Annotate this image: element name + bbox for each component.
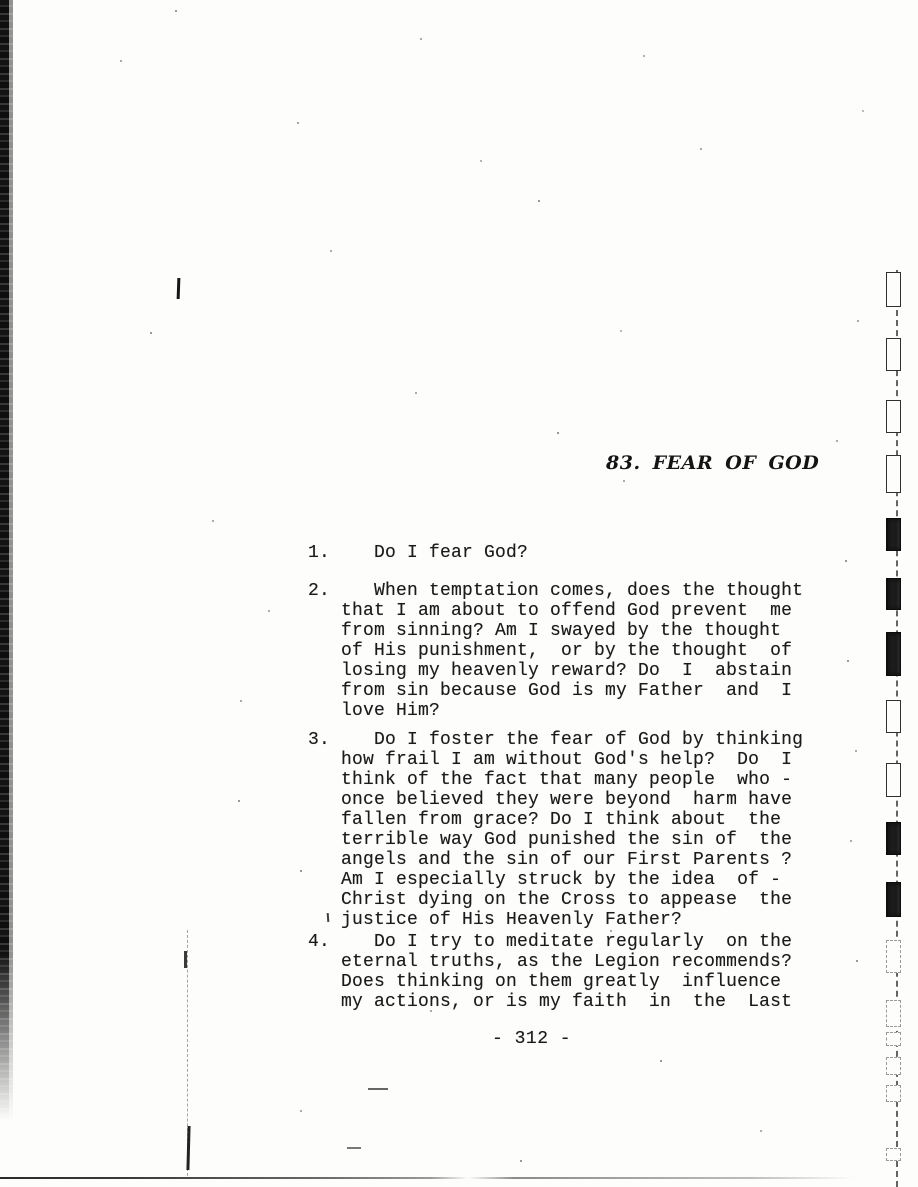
chapter-title: 83. FEAR OF GOD — [606, 452, 819, 474]
page-tab-mark — [886, 1000, 901, 1027]
scanned-book-page: 83. FEAR OF GOD 1. Do I fear God? 2. Whe… — [0, 0, 918, 1187]
ink-mark — [177, 278, 181, 299]
page-tab-mark — [886, 1057, 901, 1075]
binding-edge-shadow — [0, 0, 13, 1132]
page-tab-mark — [886, 940, 901, 973]
question-item-4: 4. Do I try to meditate regularly on the… — [308, 932, 792, 1012]
page-tab-mark — [886, 578, 901, 610]
page-tab-mark — [886, 455, 901, 493]
question-item-1: 1. Do I fear God? — [308, 543, 528, 563]
page-tab-mark — [886, 400, 901, 433]
page-tab-mark — [886, 700, 901, 733]
page-tab-mark — [886, 1032, 901, 1046]
page-tab-mark — [886, 1085, 901, 1102]
page-tab-mark — [886, 632, 901, 676]
page-tab-mark — [886, 882, 901, 917]
ink-mark — [184, 951, 187, 968]
page-number: - 312 - — [492, 1029, 571, 1049]
paper-speckle-noise — [0, 0, 2, 2]
page-bottom-scan-edge — [0, 1177, 918, 1179]
page-tab-mark — [886, 272, 901, 307]
page-tab-mark — [886, 763, 901, 797]
page-tab-mark — [886, 1148, 901, 1161]
question-item-3: 3. Do I foster the fear of God by thinki… — [308, 730, 803, 930]
ink-mark — [186, 1126, 190, 1170]
question-item-2: 2. When temptation comes, does the thoug… — [308, 581, 803, 721]
page-tab-mark — [886, 518, 901, 551]
page-tab-mark — [886, 822, 901, 855]
stray-dash-mark — [368, 1088, 388, 1090]
page-tab-mark — [886, 338, 901, 371]
stray-dash-mark — [347, 1147, 361, 1149]
